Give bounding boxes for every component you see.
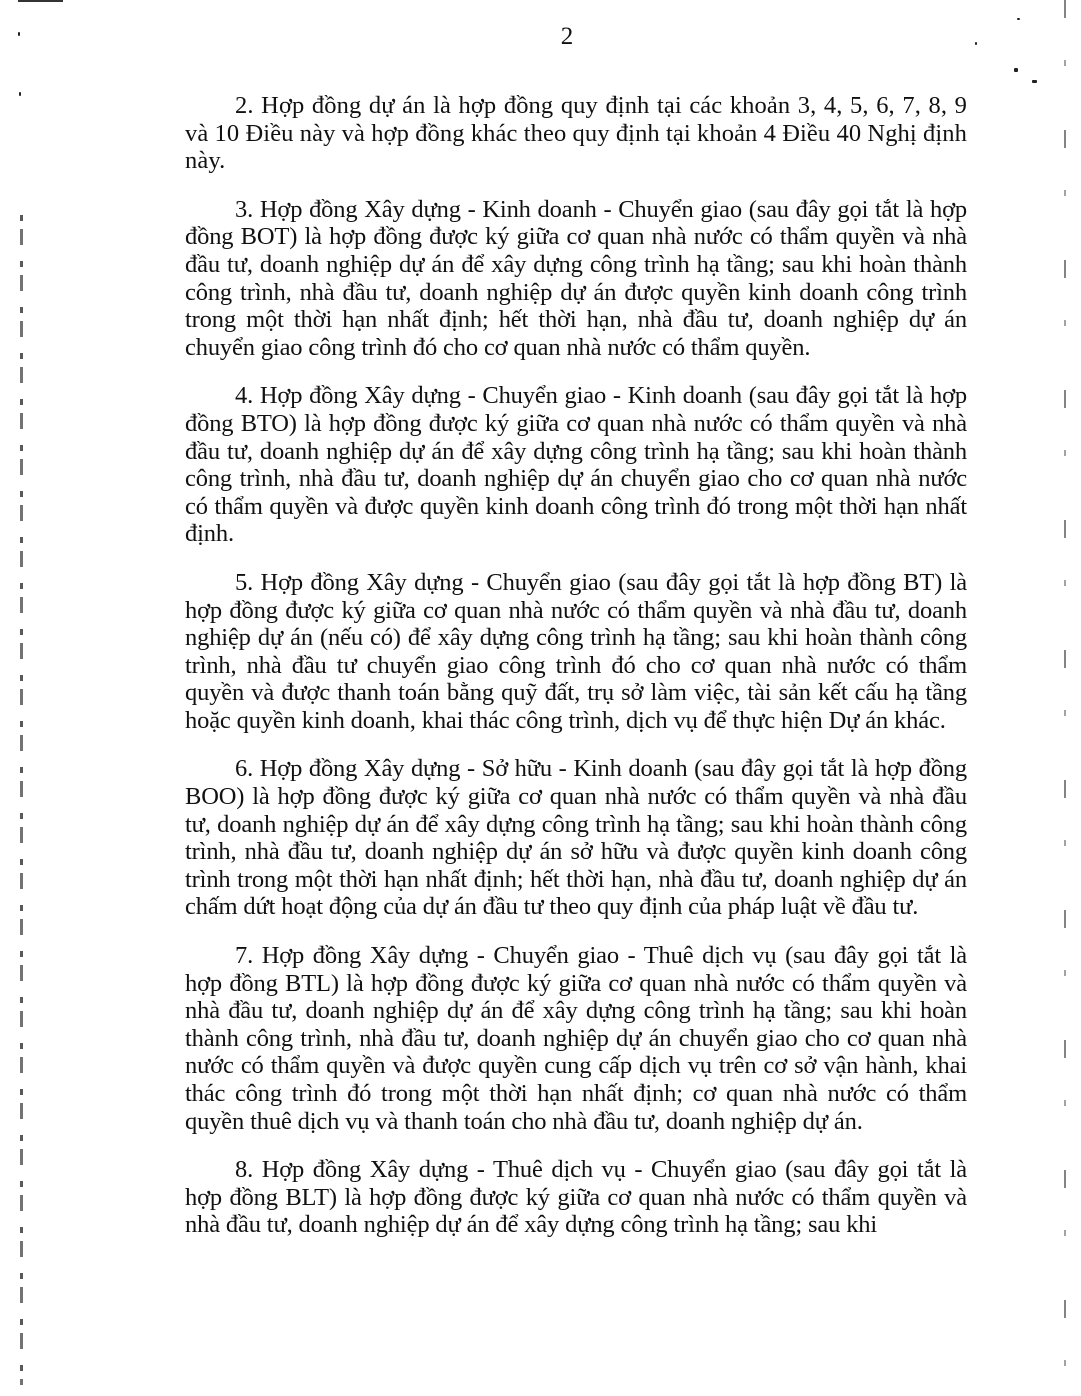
paragraph-clause-5-bt: 5. Hợp đồng Xây dựng - Chuyển giao (sau … xyxy=(185,569,967,735)
paragraph-clause-7-btl: 7. Hợp đồng Xây dựng - Chuyển giao - Thu… xyxy=(185,942,967,1135)
scan-artifact-right-edge xyxy=(1064,0,1066,1396)
paragraph-clause-3-bot: 3. Hợp đồng Xây dựng - Kinh doanh - Chuy… xyxy=(185,196,967,362)
paragraph-clause-8-blt: 8. Hợp đồng Xây dựng - Thuê dịch vụ - Ch… xyxy=(185,1156,967,1239)
document-body: 2. Hợp đồng dự án là hợp đồng quy định t… xyxy=(185,92,967,1239)
scan-speck xyxy=(1017,18,1020,20)
scan-speck xyxy=(19,92,21,96)
scan-speck xyxy=(1032,80,1037,83)
scan-artifact-left-edge xyxy=(20,215,23,1385)
scanned-page: 2 2. Hợp đồng dự án là hợp đồng quy định… xyxy=(0,0,1081,1396)
paragraph-clause-4-bto: 4. Hợp đồng Xây dựng - Chuyển giao - Kin… xyxy=(185,382,967,548)
paragraph-clause-2: 2. Hợp đồng dự án là hợp đồng quy định t… xyxy=(185,92,967,175)
paragraph-clause-6-boo: 6. Hợp đồng Xây dựng - Sở hữu - Kinh doa… xyxy=(185,755,967,921)
scan-artifact-top-edge xyxy=(18,0,63,2)
page-number: 2 xyxy=(0,22,1081,52)
scan-speck xyxy=(1014,68,1018,72)
